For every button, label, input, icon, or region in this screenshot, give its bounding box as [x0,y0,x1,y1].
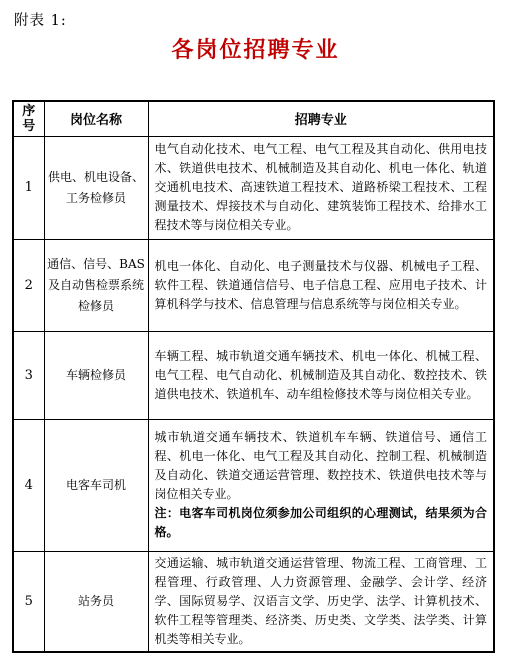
majors-text: 城市轨道交通车辆技术、铁道机车车辆、铁道信号、通信工程、机电一体化、电气工程及其… [155,428,488,504]
position-name: 供电、机电设备、工务检修员 [44,136,148,239]
row-no: 2 [13,239,44,331]
table-row: 2 通信、信号、BAS及自动售检票系统检修员 机电一体化、自动化、电子测量技术与… [13,239,494,331]
header-cell-majors: 招聘专业 [148,101,494,136]
table-header-row: 序 号 岗位名称 招聘专业 [13,101,494,136]
document-page: 附表 1: 各岗位招聘专业 序 号 岗位名称 招聘专业 1 供电、机电设备、工务… [0,0,511,662]
recruitment-majors-table: 序 号 岗位名称 招聘专业 1 供电、机电设备、工务检修员 电气自动化技术、电气… [12,100,495,653]
table-row: 1 供电、机电设备、工务检修员 电气自动化技术、电气工程、电气工程及其自动化、供… [13,136,494,239]
page-title: 各岗位招聘专业 [0,33,511,64]
position-name: 电客车司机 [44,419,148,551]
row-no: 5 [13,551,44,652]
appendix-label: 附表 1: [14,9,67,30]
table-row: 3 车辆检修员 车辆工程、城市轨道交通车辆技术、机电一体化、机械工程、电气工程、… [13,331,494,419]
majors-cell: 城市轨道交通车辆技术、铁道机车车辆、铁道信号、通信工程、机电一体化、电气工程及其… [148,419,494,551]
header-cell-no: 序 号 [13,101,44,136]
note-text: 注：电客车司机岗位须参加公司组织的心理测试，结果须为合格。 [155,504,488,542]
table-row: 5 站务员 交通运输、城市轨道交通运营管理、物流工程、工商管理、工程管理、行政管… [13,551,494,652]
row-no: 4 [13,419,44,551]
majors-text: 交通运输、城市轨道交通运营管理、物流工程、工商管理、工程管理、行政管理、人力资源… [148,551,494,652]
position-name: 通信、信号、BAS及自动售检票系统检修员 [44,239,148,331]
table-row: 4 电客车司机 城市轨道交通车辆技术、铁道机车车辆、铁道信号、通信工程、机电一体… [13,419,494,551]
majors-text: 车辆工程、城市轨道交通车辆技术、机电一体化、机械工程、电气工程、电气自动化、机械… [148,331,494,419]
row-no: 3 [13,331,44,419]
header-cell-position: 岗位名称 [44,101,148,136]
position-name: 车辆检修员 [44,331,148,419]
majors-text: 电气自动化技术、电气工程、电气工程及其自动化、供用电技术、铁道供电技术、机械制造… [148,136,494,239]
position-name: 站务员 [44,551,148,652]
majors-text: 机电一体化、自动化、电子测量技术与仪器、机械电子工程、软件工程、铁道通信信号、电… [148,239,494,331]
row-no: 1 [13,136,44,239]
